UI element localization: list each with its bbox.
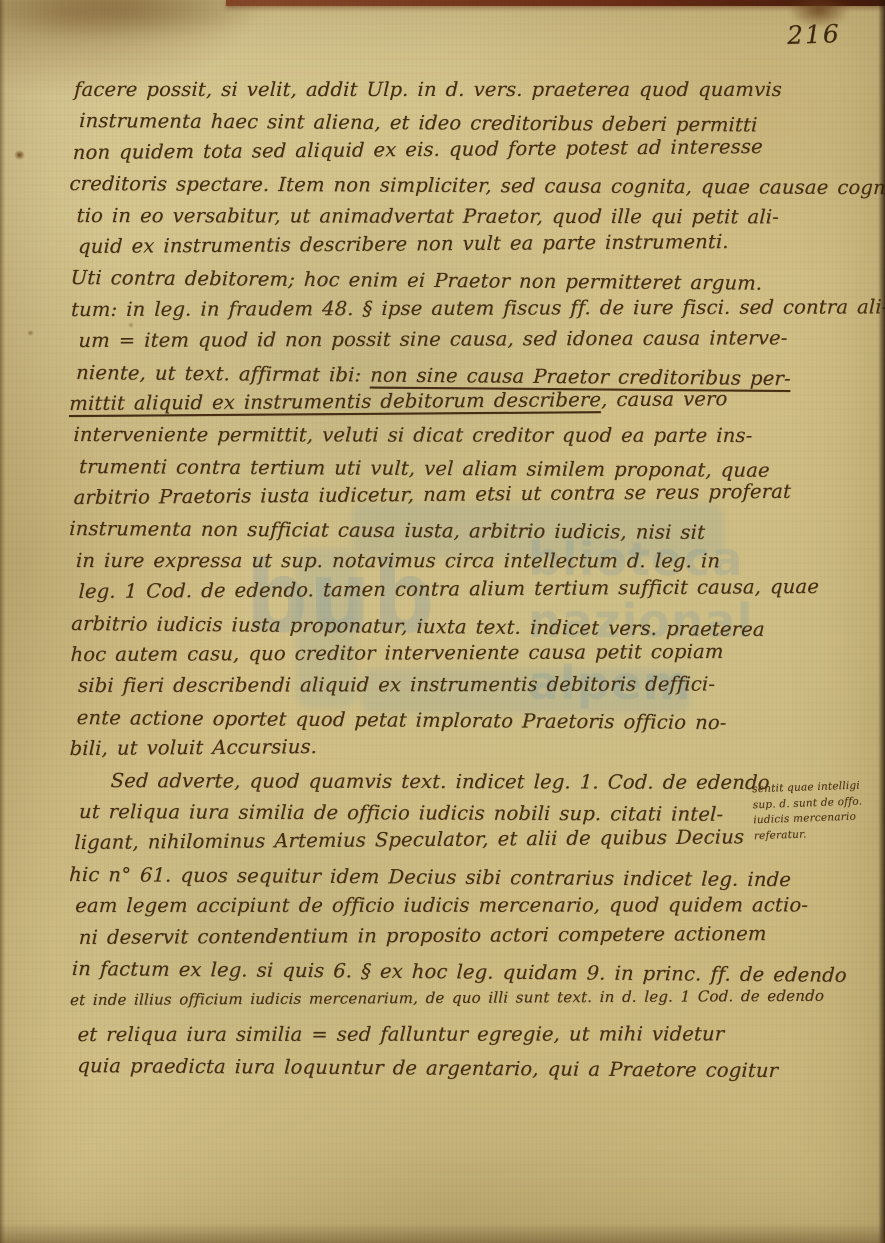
manuscript-line: creditoris spectare. Item non simplicite…	[69, 172, 818, 207]
manuscript-line: quia praedicta iura loquuntur de argenta…	[77, 1054, 826, 1091]
manuscript-line: leg. 1 Cod. de edendo. tamen contra aliu…	[78, 575, 827, 611]
text-segment: um = item quod id non possit sine causa,…	[78, 326, 788, 352]
text-segment: et inde illius officium iudicis mercenar…	[70, 987, 825, 1009]
manuscript-line: mittit aliquid ex instrumentis debitorum…	[69, 386, 818, 423]
manuscript-page-scan: bub bliotecanazionalalpem 216 facere pos…	[0, 0, 885, 1243]
manuscript-line: quid ex instrumentis describere non vult…	[78, 229, 827, 266]
paper-stain-top-left	[0, 0, 270, 40]
text-segment: tum: in leg. in fraudem 48. § ipse autem…	[71, 295, 885, 321]
manuscript-line: interveniente permittit, veluti si dicat…	[73, 423, 822, 455]
text-segment: instrumenta non sufficiat causa iusta, a…	[69, 517, 706, 544]
manuscript-line: ligant, nihilominus Artemius Speculator,…	[74, 825, 823, 863]
text-segment: bili, ut voluit Accursius.	[69, 735, 317, 760]
text-segment: hic n° 61. quos sequitur idem Decius sib…	[69, 863, 792, 891]
manuscript-line: ni deservit contendentium in proposito a…	[78, 921, 827, 957]
text-segment: quid ex instrumentis describere non vult…	[78, 230, 729, 258]
text-segment: interveniente permittit, veluti si dicat…	[73, 423, 753, 447]
manuscript-line: et inde illius officium iudicis mercenar…	[69, 984, 818, 1023]
text-segment: eam legem accipiunt de officio iudicis m…	[75, 894, 809, 918]
scan-edge-bottom	[0, 1223, 885, 1243]
text-segment: et reliqua iura similia = sed falluntur …	[77, 1022, 725, 1046]
text-segment: Uti contra debitorem; hoc enim ei Praeto…	[70, 266, 763, 295]
underlined-text: mittit aliquid ex instrumentis debitorum…	[69, 388, 601, 415]
manuscript-line: bili, ut voluit Accursius.	[69, 731, 818, 768]
text-segment: in factum ex leg. si quis 6. § ex hoc le…	[71, 957, 847, 987]
manuscript-line: eam legem accipiunt de officio iudicis m…	[75, 894, 824, 926]
underlined-text: non sine causa Praetor creditoribus per-	[370, 363, 792, 390]
text-segment: creditoris spectare. Item non simplicite…	[69, 172, 885, 199]
margin-note: sentit quae intelligisup. d. sunt de off…	[752, 778, 882, 844]
manuscript-line: um = item quod id non possit sine causa,…	[78, 326, 827, 360]
paper-fleck	[27, 330, 34, 336]
manuscript-line: hoc autem casu, quo creditor intervenien…	[70, 640, 819, 675]
manuscript-line: et reliqua iura similia = sed falluntur …	[77, 1022, 826, 1054]
manuscript-line: sibi fieri describendi aliquid ex instru…	[77, 673, 826, 706]
scan-edge-right	[878, 0, 885, 1243]
text-segment: quia praedicta iura loquuntur de argenta…	[77, 1054, 779, 1082]
text-segment: ligant, nihilominus Artemius Speculator,…	[74, 826, 744, 855]
manuscript-line: tum: in leg. in fraudem 48. § ipse autem…	[70, 295, 819, 329]
text-segment: ut reliqua iura similia de officio iudic…	[79, 800, 724, 826]
text-segment: , causa vero	[601, 387, 728, 411]
scan-edge-left	[0, 0, 5, 1243]
text-segment: niente, ut text. affirmat ibi:	[76, 361, 371, 386]
text-segment: leg. 1 Cod. de edendo. tamen contra aliu…	[78, 575, 819, 603]
text-segment: arbitrio iudicis iusta proponatur, iuxta…	[71, 612, 765, 641]
manuscript-line: Sed adverte, quod quamvis text. indicet …	[72, 769, 821, 802]
text-segment: non quidem tota sed aliquid ex eis. quod…	[73, 135, 764, 164]
paper-fleck	[14, 150, 25, 160]
text-segment: sibi fieri describendi aliquid ex instru…	[78, 673, 716, 698]
text-segment: tio in eo versabitur, ut animadvertat Pr…	[76, 204, 779, 228]
text-segment: instrumenta haec sint aliena, et ideo cr…	[79, 109, 758, 136]
text-segment: Sed adverte, quod quamvis text. indicet …	[110, 769, 770, 794]
manuscript-line: non quidem tota sed aliquid ex eis. quod…	[72, 134, 821, 172]
manuscript-text-block: facere possit, si velit, addit Ulp. in d…	[74, 78, 822, 1086]
manuscript-line: arbitrio Praetoris iusta iudicetur, nam …	[73, 480, 822, 518]
manuscript-line: instrumenta non sufficiat causa iusta, a…	[68, 517, 817, 553]
text-segment: arbitrio Praetoris iusta iudicetur, nam …	[73, 480, 791, 509]
text-segment: in iure expressa ut sup. notavimus circa…	[76, 549, 721, 572]
text-segment: ente actione oportet quod petat implorat…	[76, 706, 727, 734]
manuscript-line: facere possit, si velit, addit Ulp. in d…	[73, 78, 822, 109]
paper-fleck	[128, 322, 134, 328]
text-segment: facere possit, si velit, addit Ulp. in d…	[74, 78, 783, 101]
text-segment: ni deservit contendentium in proposito a…	[78, 922, 766, 949]
text-segment: trumenti contra tertium uti vult, vel al…	[79, 455, 771, 482]
scan-edge-top	[226, 0, 885, 6]
text-segment: hoc autem casu, quo creditor intervenien…	[70, 640, 724, 666]
